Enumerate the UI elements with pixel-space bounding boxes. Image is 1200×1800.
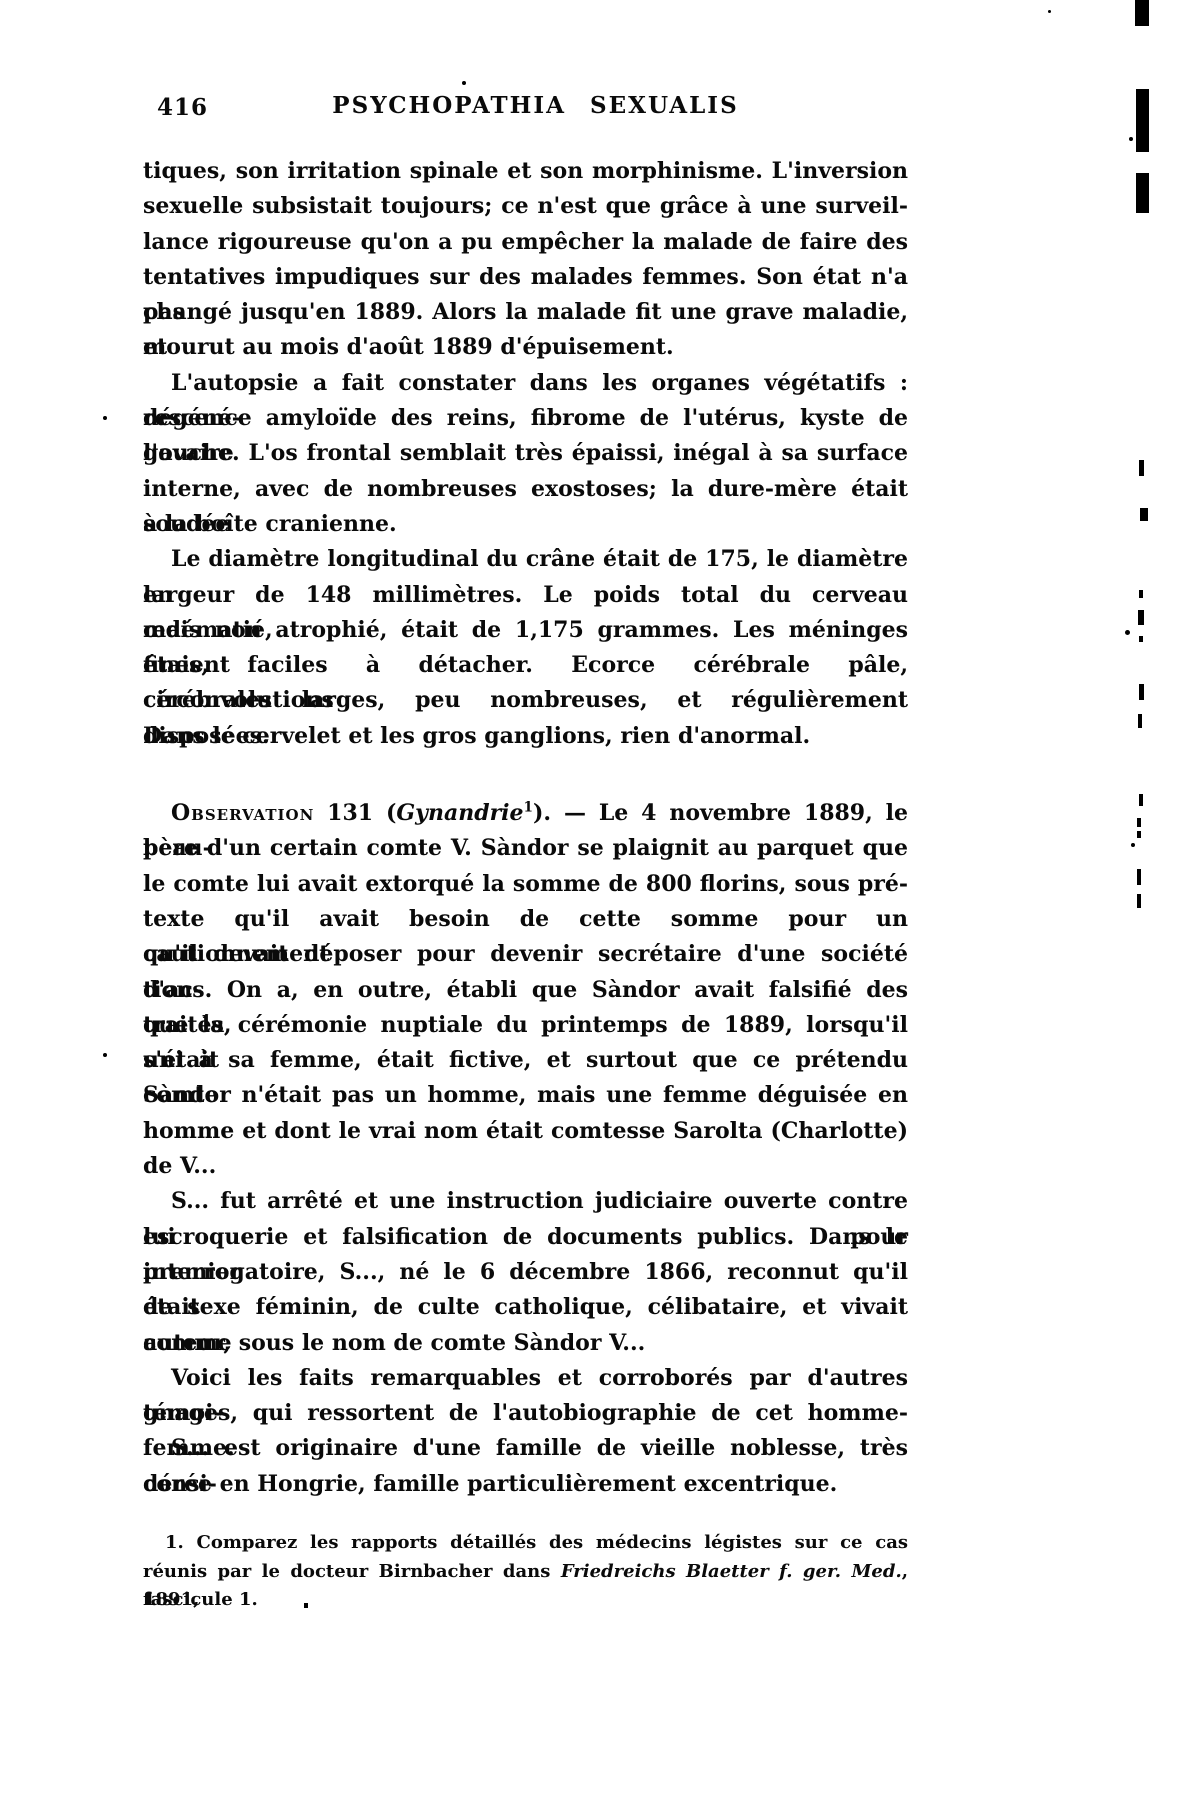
text-line: mais non atrophié, était de 1,175 gramme… xyxy=(143,613,908,648)
scan-artifact xyxy=(462,81,466,85)
text-line: sexuelle subsistait toujours; ce n'est q… xyxy=(143,189,908,224)
running-title: PSYCHOPATHIA SEXUALIS xyxy=(153,92,918,119)
text-segment-sc: Observation xyxy=(171,800,314,826)
text-line: Observation 131 (Gynandrie1). — Le 4 nov… xyxy=(143,796,908,831)
scan-artifact xyxy=(1139,636,1143,642)
text-line: cérébrales larges, peu nombreuses, et ré… xyxy=(143,683,908,718)
text-line: largeur de 148 millimètres. Le poids tot… xyxy=(143,578,908,613)
text-line: Le diamètre longitudinal du crâne était … xyxy=(143,542,908,577)
text-line: tions. On a, en outre, établi que Sàndor… xyxy=(143,973,908,1008)
text-line: uni à sa femme, était fictive, et surtou… xyxy=(143,1043,908,1078)
scan-artifact xyxy=(1139,684,1144,700)
scan-artifact xyxy=(1129,137,1133,141)
text-segment: 131 ( xyxy=(314,800,396,826)
text-segment: réunis par le docteur Birnbacher dans xyxy=(143,1561,561,1582)
footnote: 1. Comparez les rapports détaillés des m… xyxy=(143,1529,908,1615)
text-line: tiques, son irritation spinale et son mo… xyxy=(143,154,908,189)
text-line: Voici les faits remarquables et corrobor… xyxy=(143,1361,908,1396)
text-segment-sup: 1 xyxy=(524,800,533,816)
scan-artifact xyxy=(1139,460,1144,476)
text-line: S... est originaire d'une famille de vie… xyxy=(143,1431,908,1466)
scan-artifact xyxy=(1136,89,1149,152)
text-line: tentatives impudiques sur des malades fe… xyxy=(143,260,908,295)
scan-artifact xyxy=(103,416,107,420)
text-line: texte qu'il avait besoin de cette somme … xyxy=(143,902,908,937)
text-line: interrogatoire, S..., né le 6 décembre 1… xyxy=(143,1255,908,1290)
scan-artifact xyxy=(1137,869,1141,885)
text-line: fines, faciles à détacher. Ecorce cérébr… xyxy=(143,648,908,683)
text-line: que la cérémonie nuptiale du printemps d… xyxy=(143,1008,908,1043)
text-line: à la boîte cranienne. xyxy=(143,507,908,542)
text-line: S... fut arrêté et une instruction judic… xyxy=(143,1184,908,1219)
scan-artifact xyxy=(1048,10,1051,13)
scan-artifact xyxy=(1137,818,1141,827)
text-line: de sexe féminin, de culte catholique, cé… xyxy=(143,1290,908,1325)
text-line: escroquerie et falsification de document… xyxy=(143,1220,908,1255)
scan-artifact xyxy=(1135,0,1149,26)
text-line: interne, avec de nombreuses exostoses; l… xyxy=(143,472,908,507)
scan-artifact xyxy=(1139,794,1143,806)
scan-artifact xyxy=(1139,590,1143,598)
text-segment-i: Friedreichs Blaetter f. ger. Med. xyxy=(561,1561,902,1582)
text-line: fascicule 1. xyxy=(143,1586,908,1615)
text-line: père d'un certain comte V. Sàndor se pla… xyxy=(143,831,908,866)
text-segment-i: Gynandrie xyxy=(396,800,523,826)
text-line: homme et dont le vrai nom était comtesse… xyxy=(143,1114,908,1149)
scan-artifact xyxy=(1131,843,1135,847)
text-line: lance rigoureuse qu'on a pu empêcher la … xyxy=(143,225,908,260)
text-line: rescence amyloïde des reins, fibrome de … xyxy=(143,401,908,436)
page-body-text: tiques, son irritation spinale et son mo… xyxy=(143,154,908,1502)
scan-artifact xyxy=(304,1603,308,1608)
scan-artifact xyxy=(1137,831,1141,838)
text-line: 1. Comparez les rapports détaillés des m… xyxy=(143,1529,908,1558)
text-line: gnages, qui ressortent de l'autobiograph… xyxy=(143,1396,908,1431)
text-line: auteur, sous le nom de comte Sàndor V... xyxy=(143,1326,908,1361)
scan-artifact xyxy=(1138,610,1144,625)
text-line: L'autopsie a fait constater dans les org… xyxy=(143,366,908,401)
scan-artifact xyxy=(1137,894,1141,908)
scan-artifact xyxy=(1138,714,1142,728)
text-line: Dans le cervelet et les gros ganglions, … xyxy=(143,719,908,754)
text-line: Sàndor n'était pas un homme, mais une fe… xyxy=(143,1078,908,1113)
scan-artifact xyxy=(103,1053,107,1057)
text-line: dérée en Hongrie, famille particulièreme… xyxy=(143,1467,908,1502)
text-line: gauche. L'os frontal semblait très épais… xyxy=(143,436,908,471)
scan-artifact xyxy=(1140,508,1148,521)
text-line: changé jusqu'en 1889. Alors la malade fi… xyxy=(143,295,908,330)
scan-artifact xyxy=(1136,173,1149,213)
scanned-book-page: 416 PSYCHOPATHIA SEXUALIS tiques, son ir… xyxy=(0,0,1200,1800)
text-line: de V... xyxy=(143,1149,908,1184)
text-line: réunis par le docteur Birnbacher dans Fr… xyxy=(143,1558,908,1587)
text-line: mourut au mois d'août 1889 d'épuisement. xyxy=(143,330,908,365)
scan-artifact xyxy=(1125,630,1130,635)
text-line: le comte lui avait extorqué la somme de … xyxy=(143,867,908,902)
text-line: qu'il devait déposer pour devenir secrét… xyxy=(143,937,908,972)
